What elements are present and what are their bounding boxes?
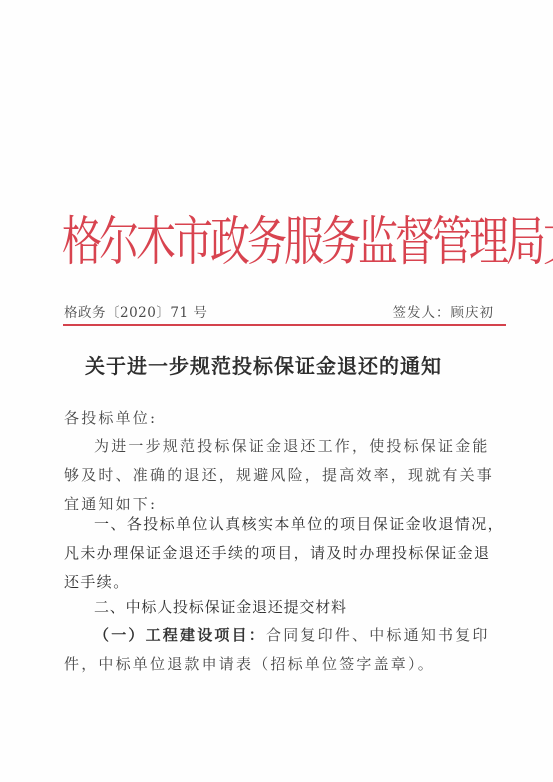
paragraph-section-1: 一、各投标单位认真核实本单位的项目保证金收退情况，凡未办理保证金退还手续的项目，… — [64, 510, 504, 597]
issuer-name: 顾庆初 — [451, 305, 495, 321]
organization-header: 格尔木市政务服务监督管理局文件 — [62, 196, 502, 278]
salutation: 各投标单位: — [64, 404, 504, 433]
document-number: 格政务〔2020〕71 号 — [64, 301, 207, 321]
paragraph-item-1: （一）工程建设项目：合同复印件、中标通知书复印件，中标单位退款申请表（招标单位签… — [64, 621, 504, 679]
document-page: 格尔木市政务服务监督管理局文件 格政务〔2020〕71 号 签发人：顾庆初 关于… — [0, 0, 553, 782]
issuer: 签发人：顾庆初 — [393, 301, 505, 321]
issuer-label: 签发人： — [393, 305, 451, 321]
paragraph-section-2-heading: 二、中标人投标保证金退还提交材料 — [64, 593, 504, 622]
document-meta-row: 格政务〔2020〕71 号 签发人：顾庆初 — [64, 301, 504, 321]
red-divider-line — [63, 324, 506, 326]
item-1-label: （一）工程建设项目： — [94, 626, 266, 644]
document-title: 关于进一步规范投标保证金退还的通知 — [85, 350, 485, 384]
paragraph-intro: 为进一步规范投标保证金退还工作，使投标保证金能够及时、准确的退还，规避风险，提高… — [64, 432, 504, 519]
